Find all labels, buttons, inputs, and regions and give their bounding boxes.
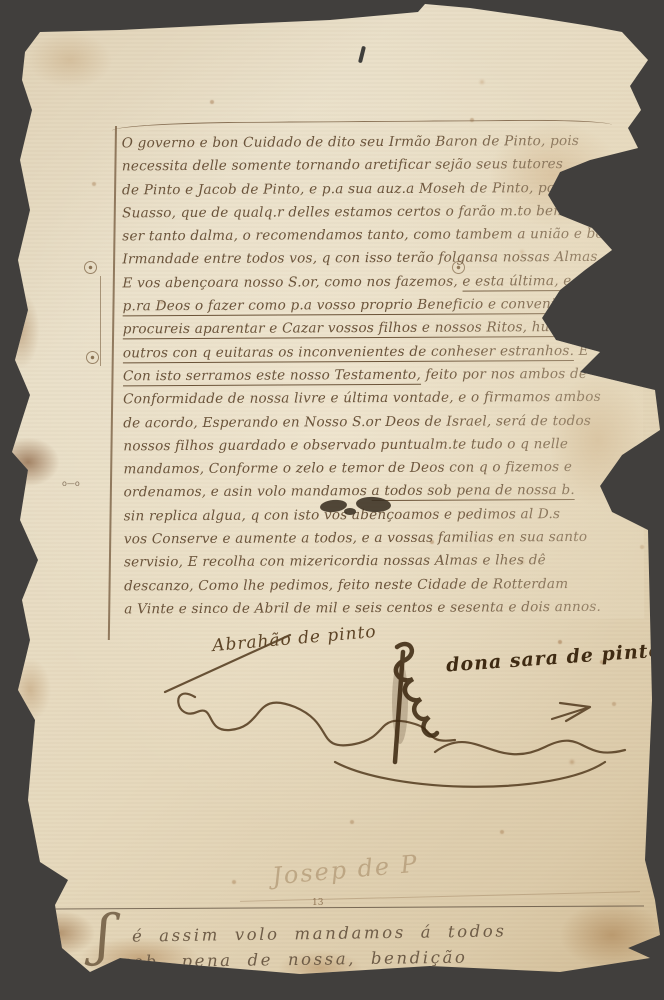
manuscript-line: Conformidade de nossa livre e última von…: [123, 386, 643, 412]
manuscript-line: p.ra Deos o fazer como p.a vosso proprio…: [123, 293, 643, 319]
manuscript-line-text: necessita delle somente tornando aretifi…: [122, 156, 563, 174]
manuscript-line: Irmandade entre todos vos, q con isso te…: [122, 246, 642, 272]
margin-bottom-mark: o=: [42, 919, 57, 930]
manuscript-line-text: O governo e bon Cuidado de dito seu Irmã…: [122, 133, 579, 151]
manuscript-line-text: procureis aparentar e Cazar vossos filho…: [123, 319, 616, 340]
manuscript-line: descanzo, Como lhe pedimos, feito neste …: [124, 572, 644, 598]
manuscript-line-text: servisio, E recolha con mizericordia nos…: [124, 552, 546, 570]
manuscript-line-text: Con isto serramos este nosso Testamento,: [123, 367, 421, 387]
manuscript-line-text: descanzo, Como lhe pedimos, feito neste …: [124, 576, 568, 594]
margin-circle-mark: [86, 351, 99, 364]
paper-tear-slit: [358, 46, 366, 63]
manuscript-line: E vos abençoara nosso S.or, como nos faz…: [122, 269, 642, 295]
manuscript-line-text: a todos sob pena de nossa b.: [371, 482, 574, 501]
margin-circle-mark: [84, 261, 97, 274]
separator-line: [50, 905, 644, 909]
faint-curve-line: [240, 891, 640, 903]
manuscript-line-text: Irmandade entre todos vos, q con isso te…: [122, 249, 597, 267]
photo-backdrop: o—o o= O governo e bon Cuidado de dito s…: [0, 0, 664, 1000]
manuscript-line-text: vos Conserve e aumente a todos, e a voss…: [124, 529, 588, 547]
ink-blot: [344, 508, 356, 515]
manuscript-line-text: Conformidade de nossa livre e última von…: [123, 389, 601, 408]
manuscript-line: servisio, E recolha con mizericordia nos…: [124, 549, 644, 575]
manuscript-line: O governo e bon Cuidado de dito seu Irmã…: [122, 130, 642, 156]
manuscript-line-text: outros con q euitaras os inconvenientes …: [123, 343, 574, 363]
manuscript-line-text: E vos abençoara nosso S.or, como nos faz…: [122, 273, 462, 291]
testament-body: O governo e bon Cuidado de dito seu Irmã…: [122, 130, 645, 622]
manuscript-line: vos Conserve e aumente a todos, e a voss…: [124, 526, 644, 552]
manuscript-line: de Pinto e Jacob de Pinto, e p.a sua auz…: [122, 176, 642, 202]
manuscript-line-text: e esta última, e prim.ra: [462, 272, 628, 291]
manuscript-line: ser tanto dalma, o recomendamos tanto, c…: [122, 223, 642, 249]
manuscript-line: procureis aparentar e Cazar vossos filho…: [123, 316, 643, 342]
manuscript-page: o—o o= O governo e bon Cuidado de dito s…: [0, 0, 664, 1000]
annotation-line-2: sob. pena de nossa, bendição: [122, 948, 468, 972]
manuscript-line: Suasso, que de qualq.r delles estamos ce…: [122, 200, 642, 226]
manuscript-line-text: de acordo, Esperando en Nosso S.or Deos …: [123, 412, 591, 430]
ink-rule-top: [112, 119, 612, 130]
faded-inscription: Josep de P: [271, 850, 420, 891]
manuscript-line-text: ser tanto dalma, o recomendamos tanto, c…: [122, 226, 612, 245]
ink-rule-left: [108, 126, 117, 640]
manuscript-line: de acordo, Esperando en Nosso S.or Deos …: [123, 409, 643, 435]
manuscript-line-text: E: [574, 343, 589, 359]
manuscript-line: necessita delle somente tornando aretifi…: [122, 153, 642, 179]
manuscript-line-text: mandamos, Conforme o zelo e temor de Deo…: [123, 459, 572, 477]
manuscript-line: nossos filhos guardado e observado puntu…: [123, 432, 643, 458]
margin-link-mark: o—o: [62, 479, 80, 488]
manuscript-line-text: feito por nos ambos de: [421, 366, 587, 383]
annotation-line-1: é assim volo mandamos á todos: [132, 921, 507, 945]
foxing-spots: [0, 0, 4, 4]
manuscript-line-text: de Pinto e Jacob de Pinto, e p.a sua auz…: [122, 180, 583, 198]
manuscript-line-text: nossos filhos guardado e observado puntu…: [123, 436, 568, 454]
manuscript-line: mandamos, Conforme o zelo e temor de Deo…: [123, 456, 643, 482]
manuscript-line-text: ordenamos, e asin volo mandamos: [124, 484, 372, 501]
manuscript-line-text: p.ra Deos o fazer como p.a vosso proprio…: [123, 296, 612, 317]
margin-line: [100, 276, 101, 366]
manuscript-line-text: Suasso, que de qualq.r delles estamos ce…: [122, 203, 566, 221]
manuscript-line: outros con q euitaras os inconvenientes …: [123, 339, 643, 365]
annotation-brace-mark: ʃ: [95, 908, 112, 964]
manuscript-line: Con isto serramos este nosso Testamento,…: [123, 363, 643, 389]
